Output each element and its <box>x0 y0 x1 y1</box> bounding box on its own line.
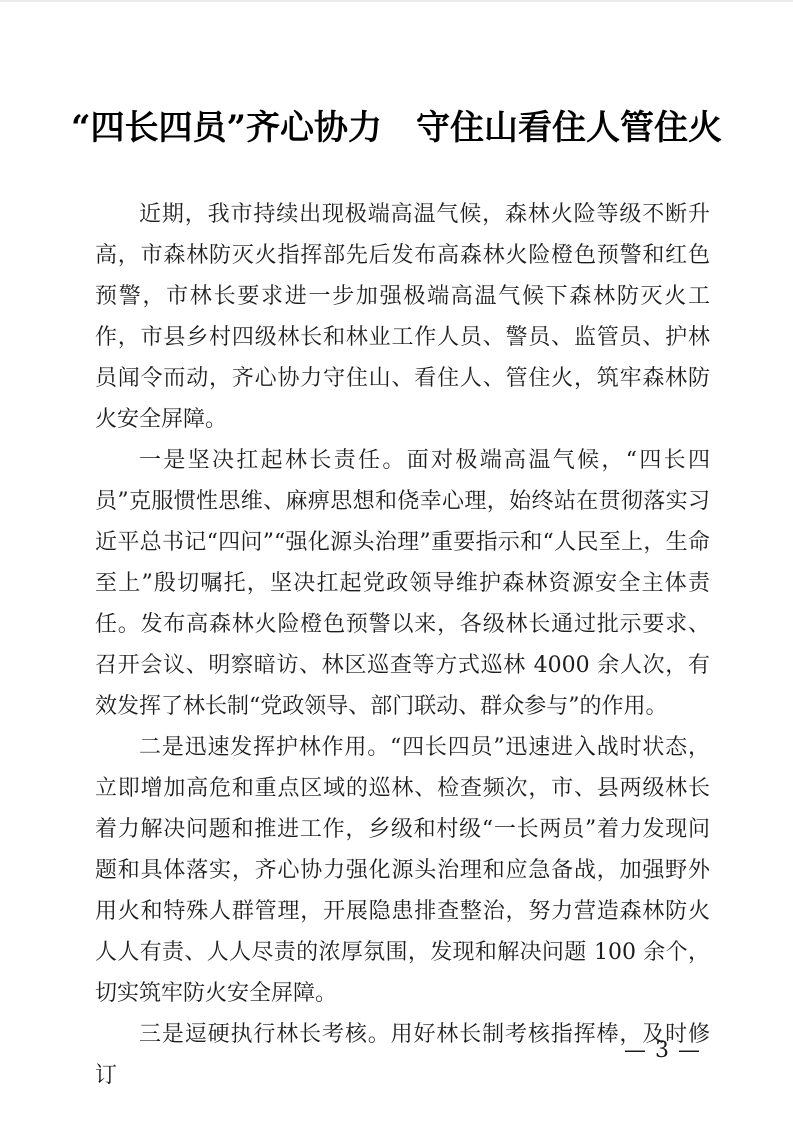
document-body: 近期，我市持续出现极端高温气候，森林火险等级不断升高，市森林防灭火指挥部先后发布… <box>95 194 710 1096</box>
paragraph-point-three: 三是逗硬执行林长考核。用好林长制考核指挥棒，及时修订 <box>95 1014 710 1096</box>
document-title: “四长四员”齐心协力 守住山看住人管住火 <box>0 100 793 149</box>
paragraph-intro: 近期，我市持续出现极端高温气候，森林火险等级不断升高，市森林防灭火指挥部先后发布… <box>95 194 710 440</box>
paragraph-point-two: 二是迅速发挥护林作用。“四长四员”迅速进入战时状态，立即增加高危和重点区域的巡林… <box>95 727 710 1014</box>
paragraph-point-one: 一是坚决扛起林长责任。面对极端高温气候，“四长四员”克服惯性思维、麻痹思想和侥幸… <box>95 440 710 727</box>
document-page: “四长四员”齐心协力 守住山看住人管住火 近期，我市持续出现极端高温气候，森林火… <box>0 0 793 1122</box>
page-number: — 3 — <box>624 1038 701 1063</box>
